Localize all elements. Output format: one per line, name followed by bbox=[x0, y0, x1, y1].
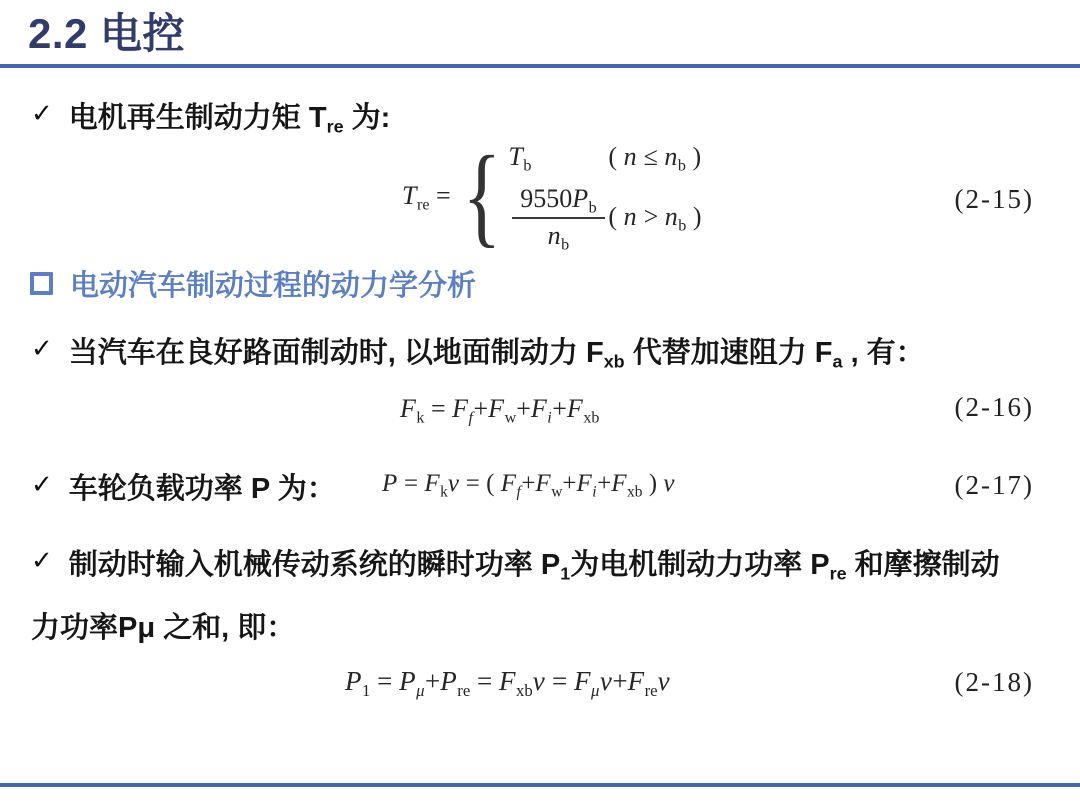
fraction-denominator: nb bbox=[548, 219, 570, 251]
case1-expression: Tb bbox=[508, 142, 608, 172]
square-bullet-icon bbox=[30, 272, 53, 295]
equation-2-18: P1 = Pμ+Pre = Fxbv = Fμv+Frev bbox=[345, 666, 670, 697]
bullet-wheel-load-power-text: 车轮负载功率 P 为： bbox=[69, 466, 336, 507]
equation-2-15: Tre = { Tb ( n ≤ nb ) 9550Pb nb ( n > nb… bbox=[402, 143, 702, 249]
case2-fraction: 9550Pb nb bbox=[508, 184, 608, 251]
equation-number-2-16: (2-16) bbox=[894, 392, 1034, 423]
checkmark-icon: ✓ bbox=[31, 542, 53, 578]
case-row-1: Tb ( n ≤ nb ) bbox=[508, 142, 701, 172]
bullet-ground-braking: ✓ 当汽车在良好路面制动时, 以地面制动力 Fxb 代替加速阻力 Fa , 有： bbox=[31, 330, 925, 371]
checkmark-icon: ✓ bbox=[31, 466, 53, 502]
title-divider-line bbox=[0, 64, 1080, 68]
case2-condition: ( n > nb ) bbox=[608, 202, 701, 232]
bullet-wheel-load-power: ✓ 车轮负载功率 P 为： bbox=[31, 466, 336, 507]
bullet-motor-torque: ✓ 电机再生制动力矩 Tre 为: bbox=[31, 95, 390, 136]
case1-condition: ( n ≤ nb ) bbox=[608, 142, 701, 172]
equation-number-2-17: (2-17) bbox=[894, 470, 1034, 501]
bullet-instantaneous-power-line2: 力功率Pμ 之和, 即： bbox=[31, 605, 295, 646]
checkmark-icon: ✓ bbox=[31, 95, 53, 131]
page-title: 2.2 电控 bbox=[28, 8, 185, 60]
equation-2-16: Fk = Ff+Fw+Fi+Fxb bbox=[400, 394, 599, 424]
section-heading-text: 电动汽车制动过程的动力学分析 bbox=[70, 263, 476, 304]
paragraph-line-2: 力功率Pμ 之和, 即： bbox=[31, 605, 1000, 646]
case-row-2: 9550Pb nb ( n > nb ) bbox=[508, 184, 701, 251]
equation-2-17: P = Fkv = ( Ff+Fw+Fi+Fxb ) v bbox=[382, 470, 675, 498]
equation-2-15-lhs: Tre = bbox=[402, 181, 451, 211]
bullet-motor-torque-text: 电机再生制动力矩 Tre 为: bbox=[69, 95, 391, 136]
bullet-instantaneous-power-line1: 制动时输入机械传动系统的瞬时功率 P1为电机制动力功率 Pre 和摩擦制动 bbox=[69, 542, 1000, 583]
bullet-instantaneous-power: ✓ 制动时输入机械传动系统的瞬时功率 P1为电机制动力功率 Pre 和摩擦制动 … bbox=[31, 542, 1000, 646]
curly-brace: { bbox=[462, 140, 501, 252]
equation-number-2-18: (2-18) bbox=[894, 667, 1034, 698]
bullet-ground-braking-text: 当汽车在良好路面制动时, 以地面制动力 Fxb 代替加速阻力 Fa , 有： bbox=[69, 330, 925, 371]
footer-divider-line bbox=[0, 783, 1080, 787]
equation-number-2-15: (2-15) bbox=[894, 184, 1034, 215]
slide: 2.2 电控 ✓ 电机再生制动力矩 Tre 为: Tre = { Tb ( n … bbox=[0, 0, 1080, 809]
equation-2-15-cases: Tb ( n ≤ nb ) 9550Pb nb ( n > nb ) bbox=[508, 142, 701, 251]
fraction-numerator: 9550Pb bbox=[512, 184, 604, 219]
paragraph-line-1: ✓ 制动时输入机械传动系统的瞬时功率 P1为电机制动力功率 Pre 和摩擦制动 bbox=[31, 542, 1000, 583]
checkmark-icon: ✓ bbox=[31, 330, 53, 366]
section-heading-dynamics: 电动汽车制动过程的动力学分析 bbox=[30, 263, 476, 304]
